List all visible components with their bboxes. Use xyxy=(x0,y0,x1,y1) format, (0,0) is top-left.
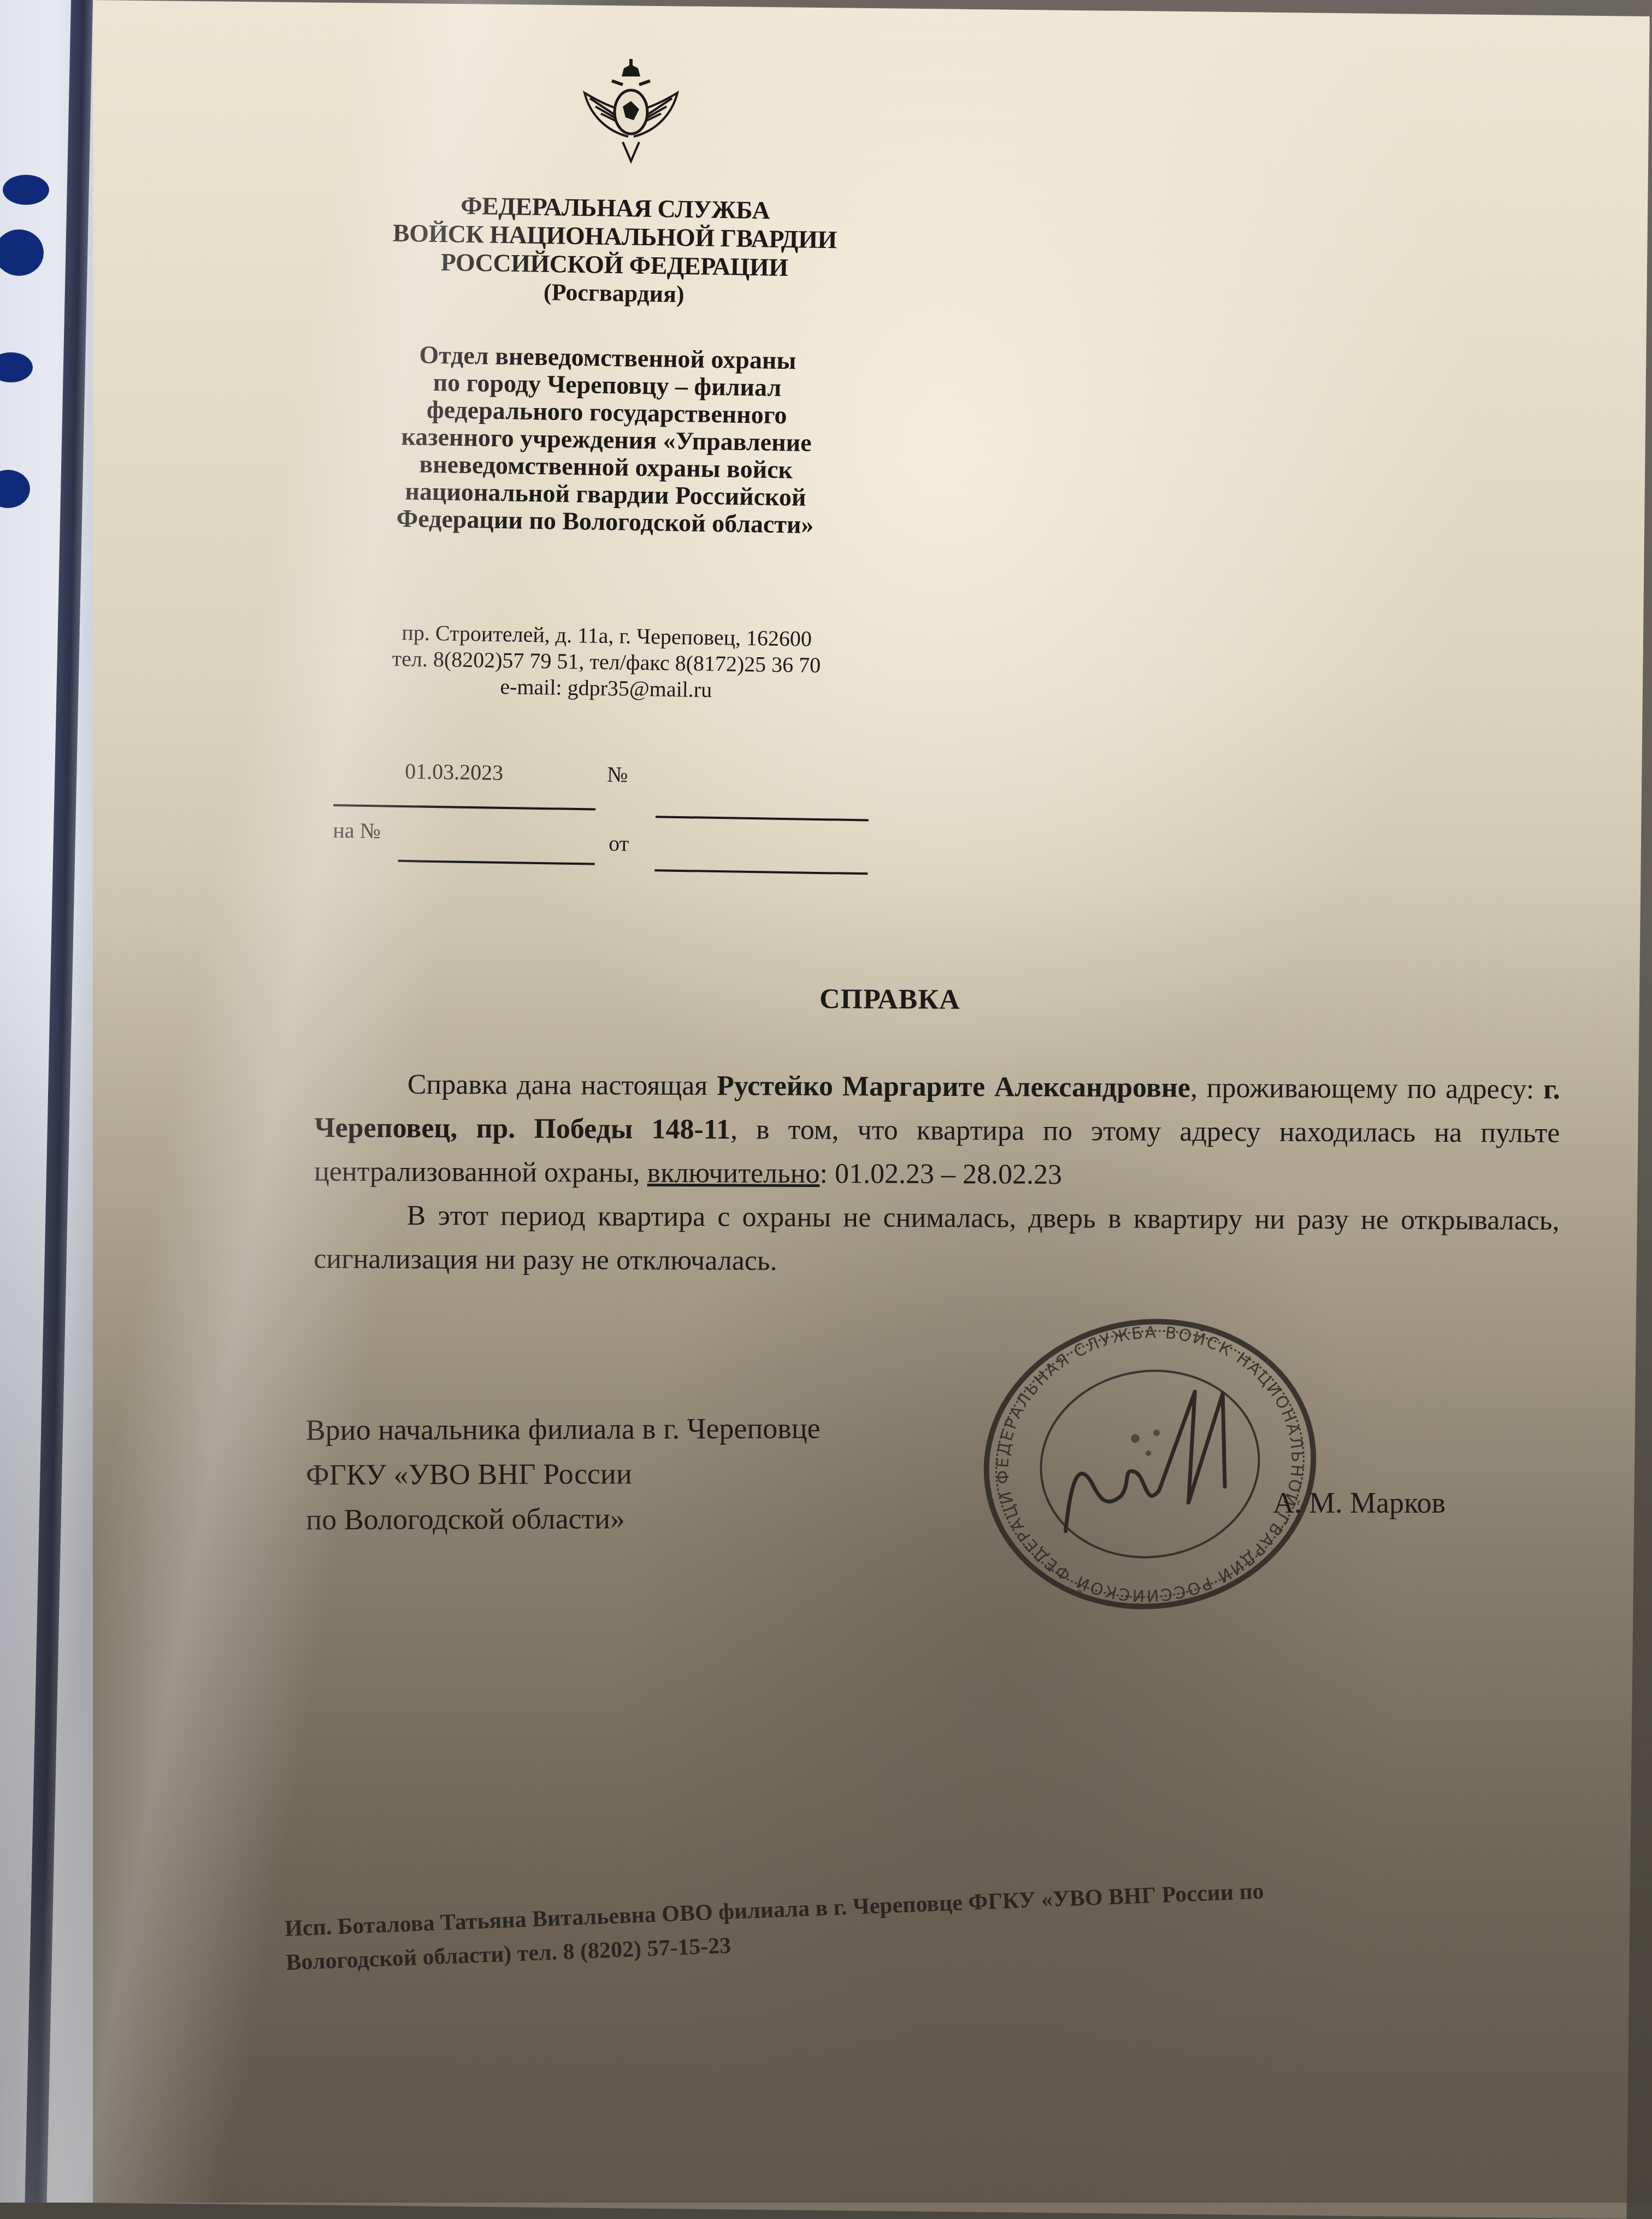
svg-text:ФЕДЕРАЛЬНАЯ СЛУЖБА ВОЙСК НАЦИО: ФЕДЕРАЛЬНАЯ СЛУЖБА ВОЙСК НАЦИОНАЛЬНОЙ ГВ… xyxy=(955,1288,1325,1628)
reply-to-number-underline xyxy=(398,860,595,865)
protection-period: : 01.02.23 – 28.02.23 xyxy=(819,1158,1062,1190)
inclusive-label: включительно xyxy=(647,1158,820,1189)
signer-name: А. М. Марков xyxy=(1273,1486,1445,1520)
executor-note: Исп. Боталова Татьяна Витальевна ОВО фил… xyxy=(284,1866,1488,1980)
agency-header: ФЕДЕРАЛЬНАЯ СЛУЖБА ВОЙСК НАЦИОНАЛЬНОЙ ГВ… xyxy=(305,189,924,312)
eagle-emblem-icon xyxy=(568,55,694,164)
body-paragraph-2: В этот период квартира с охраны не снима… xyxy=(314,1194,1560,1286)
reply-to-number-label: на № xyxy=(333,817,381,843)
body-text: В этот период квартира с охраны не снима… xyxy=(314,1200,1560,1277)
certificate-document: ФЕДЕРАЛЬНАЯ СЛУЖБА ВОЙСК НАЦИОНАЛЬНОЙ ГВ… xyxy=(0,0,1652,2203)
body-paragraph-1: Справка дана настоящая Рустейко Маргарит… xyxy=(314,1063,1560,1199)
contact-info: пр. Строителей, д. 11а, г. Череповец, 16… xyxy=(322,618,891,706)
signer-position: Врио начальника филиала в г. Череповце Ф… xyxy=(306,1406,821,1542)
registration-fields: 01.03.2023 № на № от xyxy=(332,749,891,878)
body-text: Справка дана настоящая xyxy=(408,1069,717,1101)
recipient-name: Рустейко Маргарите Александровне xyxy=(717,1070,1190,1103)
signer-position-line: по Вологодской области» xyxy=(306,1495,821,1542)
document-date: 01.03.2023 xyxy=(405,758,504,786)
number-underline xyxy=(656,816,869,821)
document-body: Справка дана настоящая Рустейко Маргарит… xyxy=(314,1063,1560,1286)
document-number-label: № xyxy=(607,762,628,788)
date-underline xyxy=(333,804,595,811)
body-text: , проживающему по адресу: xyxy=(1190,1072,1543,1105)
branch-name: Отдел вневедомственной охраны по городу … xyxy=(310,340,902,540)
signer-position-line: ФГКУ «УВО ВНГ России xyxy=(306,1450,821,1497)
reply-from-underline xyxy=(654,869,868,875)
official-stamp-icon: ФЕДЕРАЛЬНАЯ СЛУЖБА ВОЙСК НАЦИОНАЛЬНОЙ ГВ… xyxy=(955,1288,1344,1640)
signer-position-line: Врио начальника филиала в г. Череповце xyxy=(306,1406,821,1452)
document-title: СПРАВКА xyxy=(819,983,960,1016)
reply-from-label: от xyxy=(609,830,629,857)
